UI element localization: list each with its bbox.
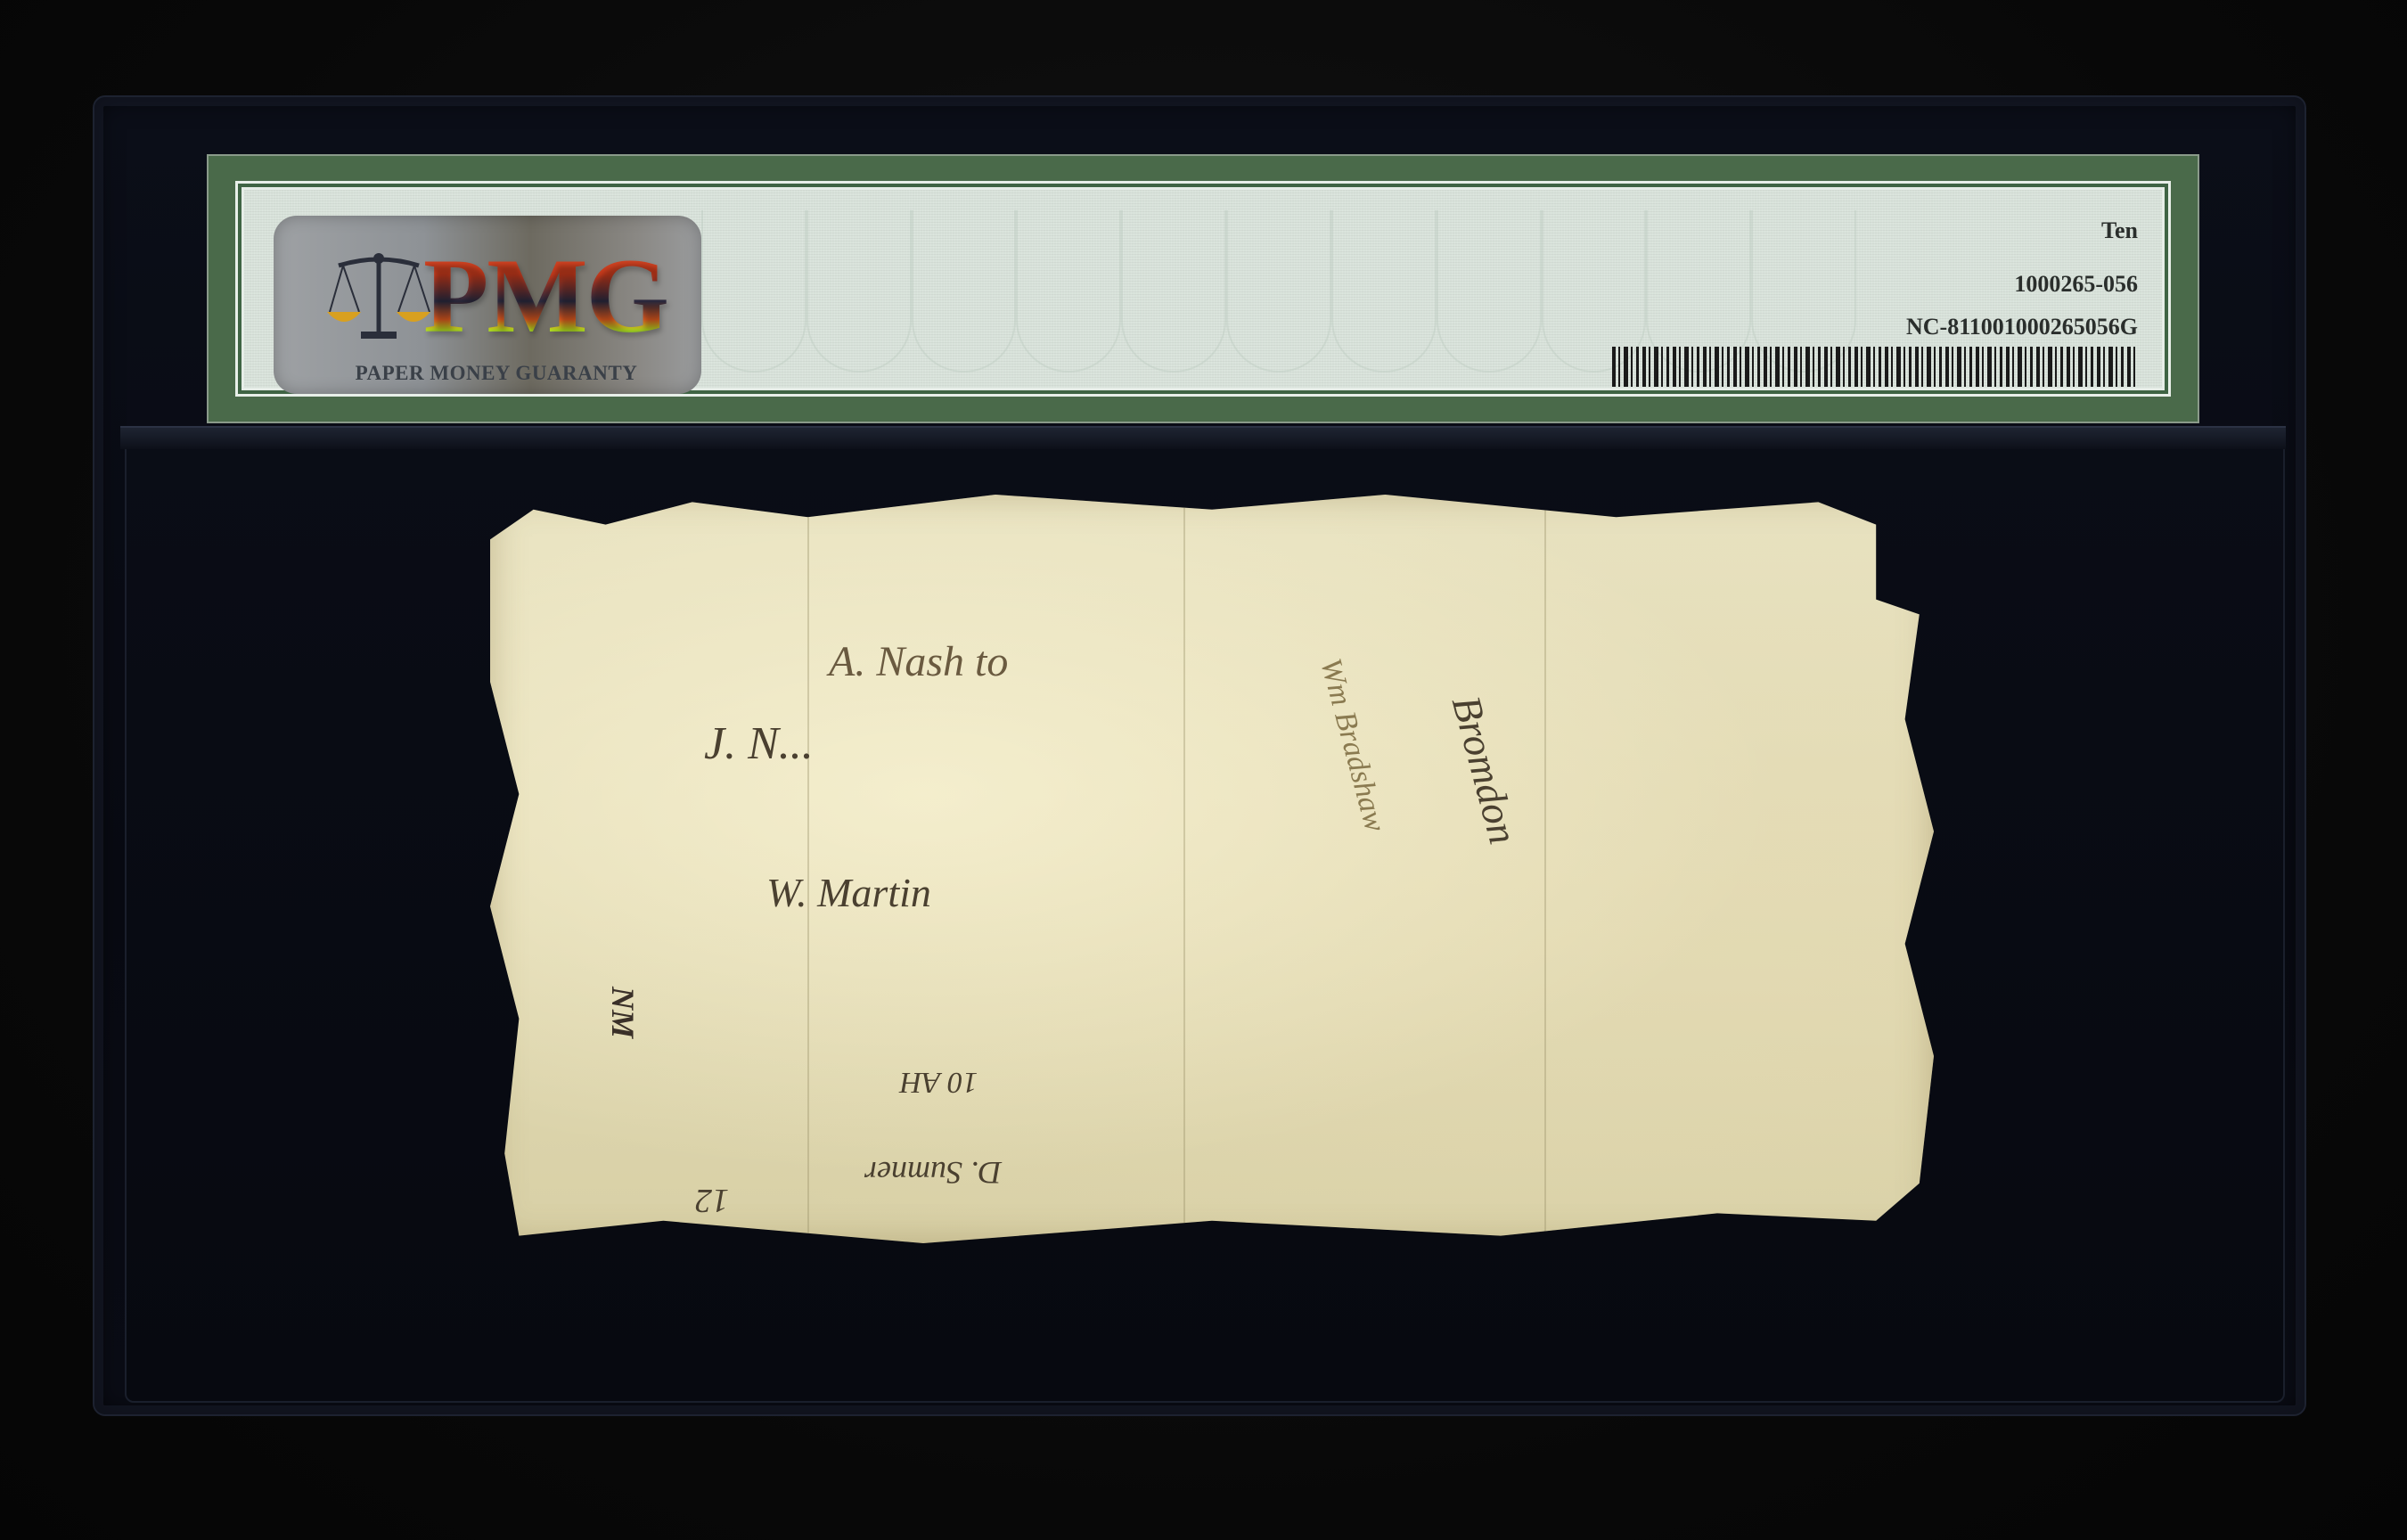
barcode [1612, 347, 2138, 387]
signature: 12 [695, 1181, 729, 1220]
signature: A. Nash to [829, 637, 1008, 686]
pmg-wordmark: PMG [423, 242, 667, 349]
holder-label-seam [120, 426, 2286, 449]
pmg-tagline: PAPER MONEY GUARANTY [327, 362, 666, 385]
pmg-hologram-logo: PMG PAPER MONEY GUARANTY [274, 216, 701, 394]
signature: NM [604, 987, 642, 1038]
catalog-code: NC-811001000265056G [1906, 314, 2138, 340]
scales-icon [325, 250, 432, 348]
signature: 10 AH [900, 1065, 978, 1099]
grade-text: Ten [2101, 217, 2138, 244]
label-panel: PMG PAPER MONEY GUARANTY Ten 1000265-056… [235, 181, 2171, 397]
signature: Wm Bradshaw [1313, 655, 1391, 835]
signature: W. Martin [766, 869, 931, 916]
signature: J. N... [704, 717, 814, 770]
signature: Bromdon [1443, 691, 1527, 848]
certification-number: 1000265-056 [2014, 271, 2138, 298]
signature: D. Sumner [864, 1154, 1002, 1192]
banknote-back: A. Nash to J. N... W. Martin Bromdon Wm … [490, 495, 1934, 1243]
grading-label: PMG PAPER MONEY GUARANTY Ten 1000265-056… [209, 156, 2198, 422]
